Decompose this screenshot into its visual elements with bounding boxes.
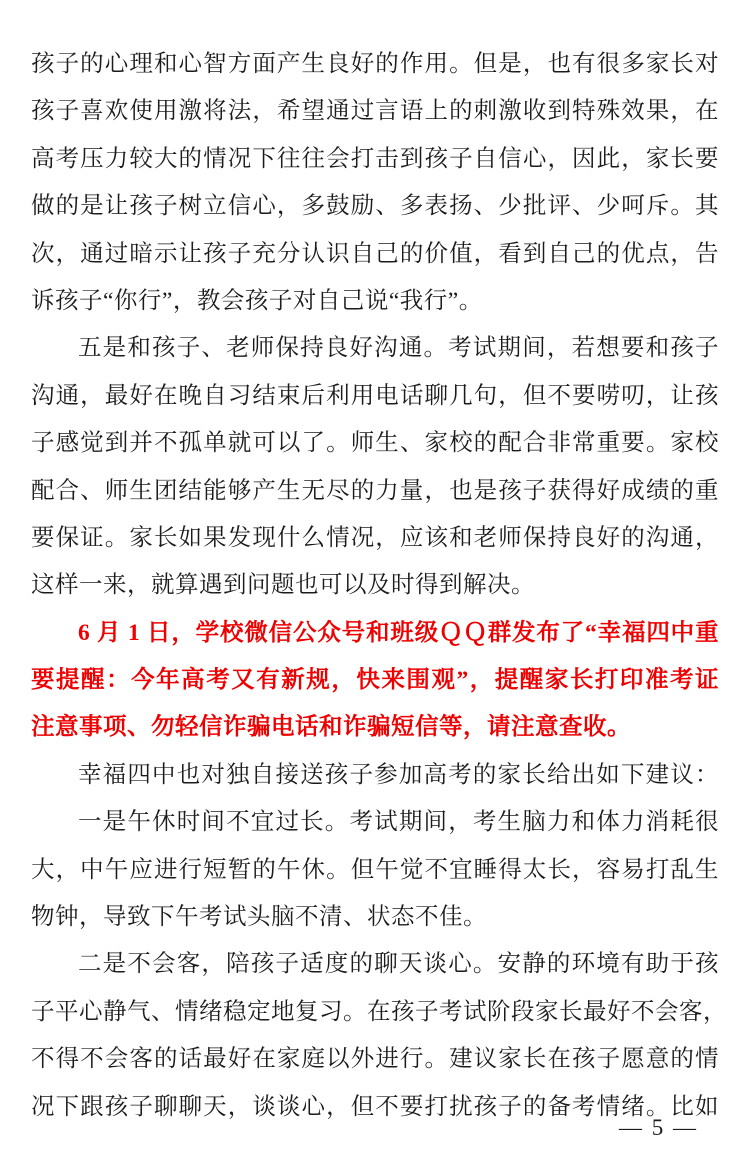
body-text-line: 孩子的心理和心智方面产生良好的作用。但是，也有很多家长对 <box>31 41 719 88</box>
body-text-line: 幸福四中也对独自接送孩子参加高考的家长给出如下建议： <box>31 752 719 799</box>
body-text-line: 况下跟孩子聊聊天，谈谈心，但不要打扰孩子的备考情绪。比如 <box>31 1084 719 1131</box>
body-text-line: 五是和孩子、老师保持良好沟通。考试期间，若想要和孩子 <box>31 325 719 372</box>
body-text-line: 大，中午应进行短暂的午休。但午觉不宜睡得太长，容易打乱生 <box>31 847 719 894</box>
body-text-line: 子平心静气、情绪稳定地复习。在孩子考试阶段家长最好不会客， <box>31 989 719 1036</box>
body-text-line: 孩子喜欢使用激将法，希望通过言语上的刺激收到特殊效果，在 <box>31 88 719 135</box>
document-body: 孩子的心理和心智方面产生良好的作用。但是，也有很多家长对孩子喜欢使用激将法，希望… <box>31 41 719 1131</box>
body-text-line: 二是不会客，陪孩子适度的聊天谈心。安静的环境有助于孩 <box>31 941 719 988</box>
highlight-text-line: 6 月 1 日，学校微信公众号和班级ＱＱ群发布了“幸福四中重 <box>31 610 719 657</box>
body-text-line: 配合、师生团结能够产生无尽的力量，也是孩子获得好成绩的重 <box>31 468 719 515</box>
body-text-line: 物钟，导致下午考试头脑不清、状态不佳。 <box>31 894 719 941</box>
body-text-line: 沟通，最好在晚自习结束后利用电话聊几句，但不要唠叨，让孩 <box>31 373 719 420</box>
body-text-line: 子感觉到并不孤单就可以了。师生、家校的配合非常重要。家校 <box>31 420 719 467</box>
body-text-line: 次，通过暗示让孩子充分认识自己的价值，看到自己的优点，告 <box>31 231 719 278</box>
body-text-line: 这样一来，就算遇到问题也可以及时得到解决。 <box>31 562 719 609</box>
body-text-line: 不得不会客的话最好在家庭以外进行。建议家长在孩子愿意的情 <box>31 1036 719 1083</box>
body-text-line: 诉孩子“你行”，教会孩子对自己说“我行”。 <box>31 278 719 325</box>
body-text-line: 一是午休时间不宜过长。考试期间，考生脑力和体力消耗很 <box>31 799 719 846</box>
body-text-line: 高考压力较大的情况下往往会打击到孩子自信心，因此，家长要 <box>31 136 719 183</box>
document-page: 孩子的心理和心智方面产生良好的作用。但是，也有很多家长对孩子喜欢使用激将法，希望… <box>0 0 750 1167</box>
body-text-line: 要保证。家长如果发现什么情况，应该和老师保持良好的沟通， <box>31 515 719 562</box>
highlight-text-line: 注意事项、勿轻信诈骗电话和诈骗短信等，请注意查收。 <box>31 704 719 751</box>
body-text-line: 做的是让孩子树立信心，多鼓励、多表扬、少批评、少呵斥。其 <box>31 183 719 230</box>
highlight-text-line: 要提醒：今年高考又有新规，快来围观”，提醒家长打印准考证 <box>31 657 719 704</box>
page-number: — 5 — <box>619 1114 698 1142</box>
